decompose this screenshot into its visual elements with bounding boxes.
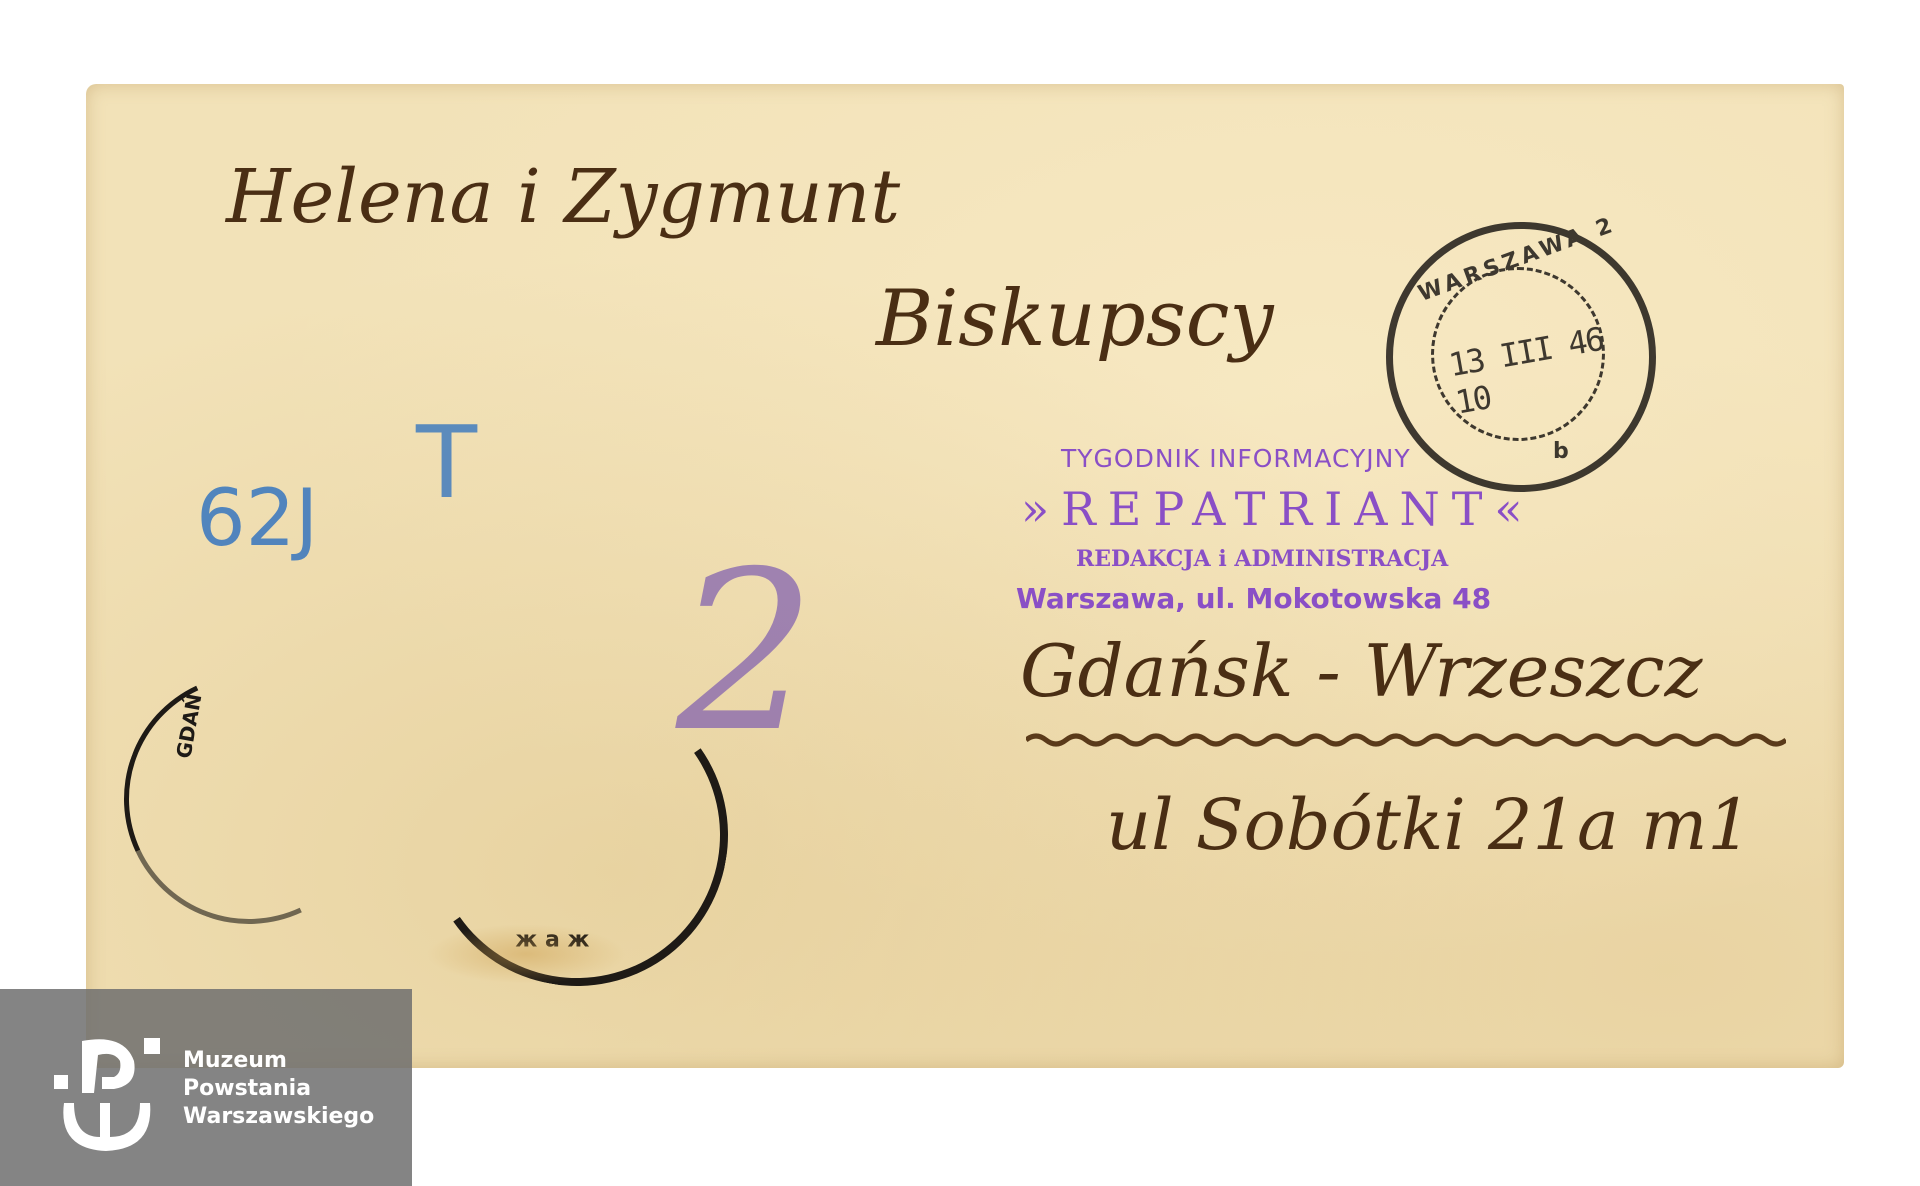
publisher-stamp-line4: Warszawa, ul. Mokotowska 48	[1016, 582, 1491, 615]
recipient-name-line2: Biskupscy	[876, 274, 1274, 364]
postmark-gdansk-place: GDAŃ	[171, 692, 206, 760]
postmark-gdansk-left: GDAŃ	[89, 639, 409, 959]
envelope: Helena i Zygmunt Biskupscy WARSZAWA 2 13…	[86, 84, 1844, 1068]
address-street: ul Sobótki 21a m1	[1106, 784, 1752, 866]
blue-pencil-mark-right: T	[416, 404, 477, 521]
recipient-name-line1: Helena i Zygmunt	[226, 154, 900, 240]
postmark-warsaw-letter: b	[1553, 439, 1569, 464]
purple-pencil-mark: 2	[676, 524, 816, 780]
logo-text-line2: Powstania	[183, 1075, 374, 1103]
anchor-emblem-icon	[54, 1033, 164, 1153]
publisher-stamp-line2: »REPATRIANT«	[1021, 482, 1535, 536]
logo-text-line3: Warszawskiego	[183, 1103, 374, 1131]
logo-text-line1: Muzeum	[183, 1047, 374, 1075]
publisher-stamp-line1: TYGODNIK INFORMACYJNY	[1061, 444, 1411, 473]
stain	[426, 924, 626, 984]
address-city: Gdańsk - Wrzeszcz	[1020, 629, 1702, 713]
museum-logo-overlay: Muzeum Powstania Warszawskiego	[0, 989, 412, 1186]
blue-pencil-mark-left: 62J	[196, 474, 318, 564]
city-underline	[1026, 730, 1786, 750]
publisher-stamp-line3: REDAKCJA i ADMINISTRACJA	[1076, 546, 1448, 572]
postmark-warsaw: WARSZAWA 2 13 III 46 10 b	[1386, 222, 1656, 492]
